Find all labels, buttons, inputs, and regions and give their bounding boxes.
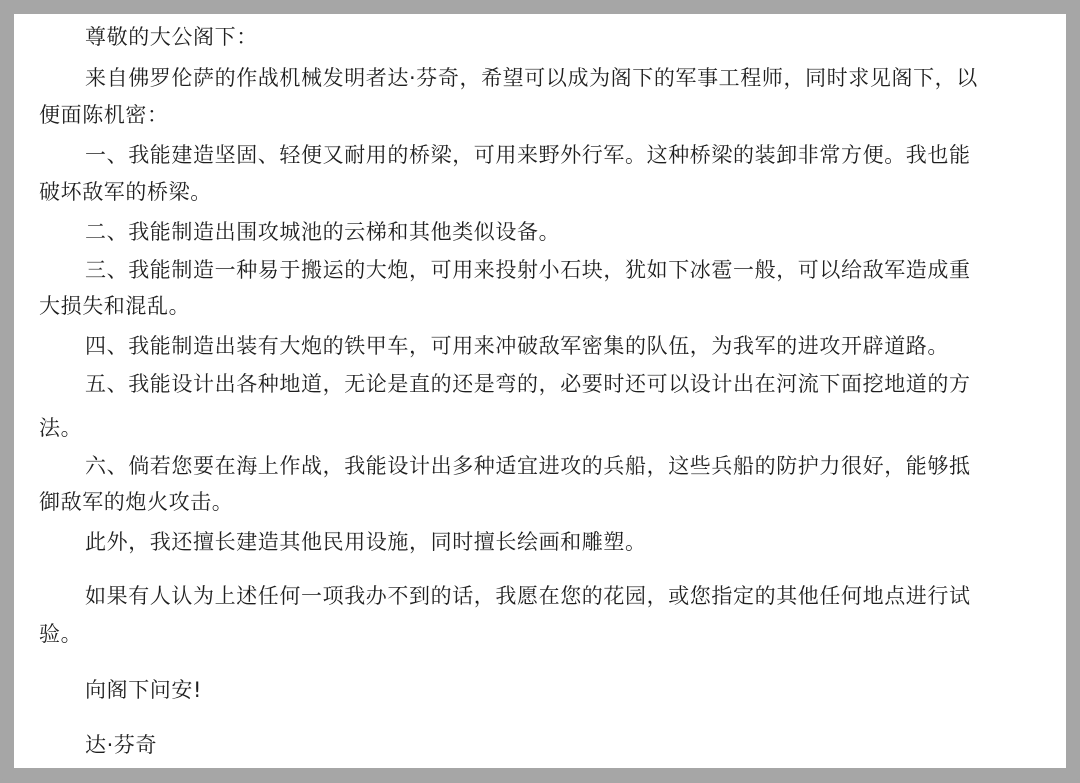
paragraph-item-1-line-2: 破坏敌军的桥梁。 <box>39 179 1049 205</box>
paragraph-item-4-line-1: 四、我能制造出装有大炮的铁甲车，可用来冲破敌军密集的队伍，为我军的进攻开辟道路。 <box>85 333 1080 359</box>
paragraph-intro-line-1: 来自佛罗伦萨的作战机械发明者达·芬奇，希望可以成为阁下的军事工程师，同时求见阁下… <box>85 65 1080 91</box>
paragraph-item-6-line-1: 六、倘若您要在海上作战，我能设计出多种适宜进攻的兵船，这些兵船的防护力很好，能够… <box>85 453 1080 479</box>
paragraph-item-2-line-1: 二、我能制造出围攻城池的云梯和其他类似设备。 <box>85 219 1080 245</box>
letter-signature: 达·芬奇 <box>85 732 1080 758</box>
paragraph-intro-line-2: 便面陈机密： <box>39 102 1049 128</box>
paragraph-trial-line-1: 如果有人认为上述任何一项我办不到的话，我愿在您的花园，或您指定的其他任何地点进行… <box>85 583 1080 609</box>
paragraph-item-6-line-2: 御敌军的炮火攻击。 <box>39 489 1049 515</box>
paragraph-item-1-line-1: 一、我能建造坚固、轻便又耐用的桥梁，可用来野外行军。这种桥梁的装卸非常方便。我也… <box>85 142 1080 168</box>
paragraph-item-3-line-1: 三、我能制造一种易于搬运的大炮，可用来投射小石块，犹如下冰雹一般，可以给敌军造成… <box>85 257 1080 283</box>
letter-page: 尊敬的大公阁下： 来自佛罗伦萨的作战机械发明者达·芬奇，希望可以成为阁下的军事工… <box>14 14 1066 768</box>
screenshot-frame: 尊敬的大公阁下： 来自佛罗伦萨的作战机械发明者达·芬奇，希望可以成为阁下的军事工… <box>0 0 1080 783</box>
paragraph-trial-line-2: 验。 <box>39 621 1049 647</box>
paragraph-item-5-line-2: 法。 <box>39 415 1049 441</box>
paragraph-item-3-line-2: 大损失和混乱。 <box>39 293 1049 319</box>
letter-salutation: 尊敬的大公阁下： <box>85 24 1080 50</box>
paragraph-other-skills: 此外，我还擅长建造其他民用设施，同时擅长绘画和雕塑。 <box>85 529 1080 555</box>
paragraph-item-5-line-1: 五、我能设计出各种地道，无论是直的还是弯的，必要时还可以设计出在河流下面挖地道的… <box>85 371 1080 397</box>
letter-closing: 向阁下问安! <box>85 677 1080 703</box>
